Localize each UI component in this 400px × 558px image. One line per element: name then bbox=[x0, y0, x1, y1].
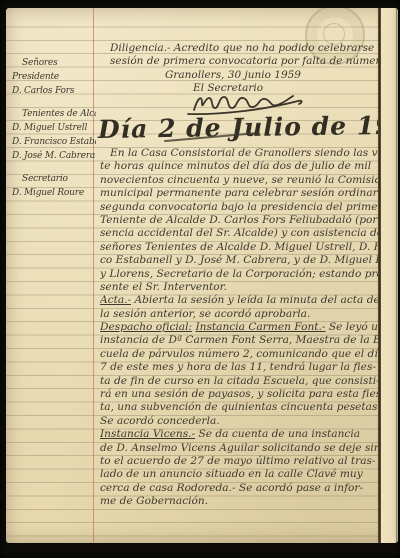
minutes-line: señores Tenientes de Alcalde D. Miguel U… bbox=[100, 241, 384, 254]
minutes-line: novecientos cincuenta y nueve, se reunió… bbox=[100, 174, 384, 187]
minutes-line: te horas quince minutos del día dos de j… bbox=[100, 160, 384, 173]
minutes-line: me de Gobernación. bbox=[100, 495, 384, 508]
paper-sheet: SeñoresPresidenteD. Carlos ForsTenientes… bbox=[6, 8, 398, 543]
minutes-line: Se acordó concederla. bbox=[100, 415, 384, 428]
next-page-edge bbox=[381, 8, 398, 543]
minutes-line: instancia de Dª Carmen Font Serra, Maest… bbox=[100, 334, 384, 347]
minutes-line: de D. Anselmo Vicens Aguilar solicitando… bbox=[100, 442, 384, 455]
handwritten-text: to el acuerdo de 27 de mayo último relat… bbox=[100, 455, 376, 467]
handwritten-text: novecientos cincuenta y nueve, se reunió… bbox=[100, 174, 384, 186]
minutes-line: la sesión anterior, se acordó aprobarla. bbox=[100, 308, 384, 321]
session-date-heading: Día 2 de Julio de 1959 bbox=[98, 111, 388, 144]
handwritten-text: lado de un anuncio situado en la calle C… bbox=[100, 468, 363, 480]
handwritten-text: la sesión anterior, se acordó aprobarla. bbox=[100, 308, 310, 320]
minutes-line: to el acuerdo de 27 de mayo último relat… bbox=[100, 455, 384, 468]
margin-note-line: Tenientes de Alcalde bbox=[12, 107, 96, 121]
handwritten-text: Se acordó concederla. bbox=[100, 415, 220, 427]
handwritten-text: cuela de párvulos número 2, comunicando … bbox=[100, 348, 384, 360]
handwritten-text: En la Casa Consistorial de Granollers si… bbox=[110, 147, 384, 159]
handwritten-text: municipal permanente para celebrar sesió… bbox=[100, 187, 384, 199]
underlined-heading-text: Instancia Vicens.- bbox=[100, 428, 195, 440]
diligencia-line: Diligencia.- Acredito que no ha podido c… bbox=[110, 42, 386, 55]
handwritten-text: me de Gobernación. bbox=[100, 495, 208, 507]
handwritten-text: Se da cuenta de una instancia bbox=[195, 428, 360, 440]
margin-note-line: D. José M. Cabrera bbox=[12, 149, 96, 163]
attendees-margin-notes: SeñoresPresidenteD. Carlos ForsTenientes… bbox=[12, 56, 96, 209]
scanned-minutes-page: SeñoresPresidenteD. Carlos ForsTenientes… bbox=[0, 0, 400, 558]
margin-note-line: Secretario bbox=[12, 172, 96, 186]
margin-note-line: D. Miguel Ustrell bbox=[12, 121, 96, 135]
handwritten-text: señores Tenientes de Alcalde D. Miguel U… bbox=[100, 241, 384, 253]
diligencia-line: Granollers, 30 junio 1959 bbox=[110, 69, 386, 82]
minutes-line: En la Casa Consistorial de Granollers si… bbox=[100, 147, 384, 160]
minutes-line: Acta.- Abierta la sesión y leída la minu… bbox=[100, 294, 384, 307]
handwritten-text: 7 de este mes y hora de las 11, tendrá l… bbox=[100, 361, 376, 373]
minutes-line: sente el Sr. Interventor. bbox=[100, 281, 384, 294]
minutes-body: En la Casa Consistorial de Granollers si… bbox=[100, 147, 384, 509]
underlined-heading-text: Acta.- bbox=[100, 294, 131, 306]
minutes-line: cuela de párvulos número 2, comunicando … bbox=[100, 348, 384, 361]
handwritten-text: Se leyó una bbox=[325, 321, 384, 333]
minutes-line: segunda convocatoria bajo la presidencia… bbox=[100, 201, 384, 214]
handwritten-text: ta, una subvención de quinientas cincuen… bbox=[100, 401, 381, 413]
handwritten-text: cerca de casa Rodoreda.- Se acordó pase … bbox=[100, 482, 363, 494]
margin-note-line: Presidente bbox=[12, 70, 96, 84]
margin-note-line: Señores bbox=[12, 56, 96, 70]
minutes-line: sencia accidental del Sr. Alcalde) y con… bbox=[100, 227, 384, 240]
next-page-edge-line bbox=[396, 8, 397, 543]
attendee-group: SecretarioD. Miguel Roure bbox=[12, 172, 96, 200]
minutes-line: co Estabanell y D. José M. Cabrera, y de… bbox=[100, 254, 384, 267]
handwritten-text: Abierta la sesión y leída la minuta del … bbox=[131, 294, 380, 306]
attendee-group: Tenientes de AlcaldeD. Miguel UstrellD. … bbox=[12, 107, 96, 163]
margin-note-line: D. Miguel Roure bbox=[12, 186, 96, 200]
handwritten-text: de D. Anselmo Vicens Aguilar solicitando… bbox=[100, 442, 384, 454]
minutes-line: y Llorens, Secretario de la Corporación;… bbox=[100, 268, 384, 281]
handwritten-text: Teniente de Alcalde D. Carlos Fors Feliu… bbox=[100, 214, 384, 226]
minutes-line: Instancia Vicens.- Se da cuenta de una i… bbox=[100, 428, 384, 441]
minutes-line: Teniente de Alcalde D. Carlos Fors Feliu… bbox=[100, 214, 384, 227]
underlined-heading-text: Instancia Carmen Font.- bbox=[195, 321, 325, 333]
minutes-line: rá en una sesión de payasos, y solicita … bbox=[100, 388, 384, 401]
margin-note-line: D. Francisco Estabanell bbox=[12, 135, 96, 149]
underlined-heading-text: Despacho oficial: bbox=[100, 321, 192, 333]
handwritten-text: sente el Sr. Interventor. bbox=[100, 281, 227, 293]
diligencia-line: sesión de primera convocatoria por falta… bbox=[110, 55, 386, 68]
handwritten-text: te horas quince minutos del día dos de j… bbox=[100, 160, 371, 172]
minutes-line: cerca de casa Rodoreda.- Se acordó pase … bbox=[100, 482, 384, 495]
attendee-group: SeñoresPresidenteD. Carlos Fors bbox=[12, 56, 96, 98]
minutes-line: lado de un anuncio situado en la calle C… bbox=[100, 468, 384, 481]
minutes-line: municipal permanente para celebrar sesió… bbox=[100, 187, 384, 200]
handwritten-text: ta de fin de curso en la citada Escuela,… bbox=[100, 375, 380, 387]
handwritten-text: sencia accidental del Sr. Alcalde) y con… bbox=[100, 227, 384, 239]
minutes-line: Despacho oficial: Instancia Carmen Font.… bbox=[100, 321, 384, 334]
minutes-line: ta de fin de curso en la citada Escuela,… bbox=[100, 375, 384, 388]
minutes-line: ta, una subvención de quinientas cincuen… bbox=[100, 401, 384, 414]
handwritten-text: rá en una sesión de payasos, y solicita … bbox=[100, 388, 384, 400]
handwritten-text: y Llorens, Secretario de la Corporación;… bbox=[100, 268, 384, 280]
handwritten-text: instancia de Dª Carmen Font Serra, Maest… bbox=[100, 334, 384, 346]
handwritten-text: segunda convocatoria bajo la presidencia… bbox=[100, 201, 383, 213]
margin-note-line: D. Carlos Fors bbox=[12, 84, 96, 98]
handwritten-text: co Estabanell y D. José M. Cabrera, y de… bbox=[100, 254, 384, 266]
minutes-line: 7 de este mes y hora de las 11, tendrá l… bbox=[100, 361, 384, 374]
